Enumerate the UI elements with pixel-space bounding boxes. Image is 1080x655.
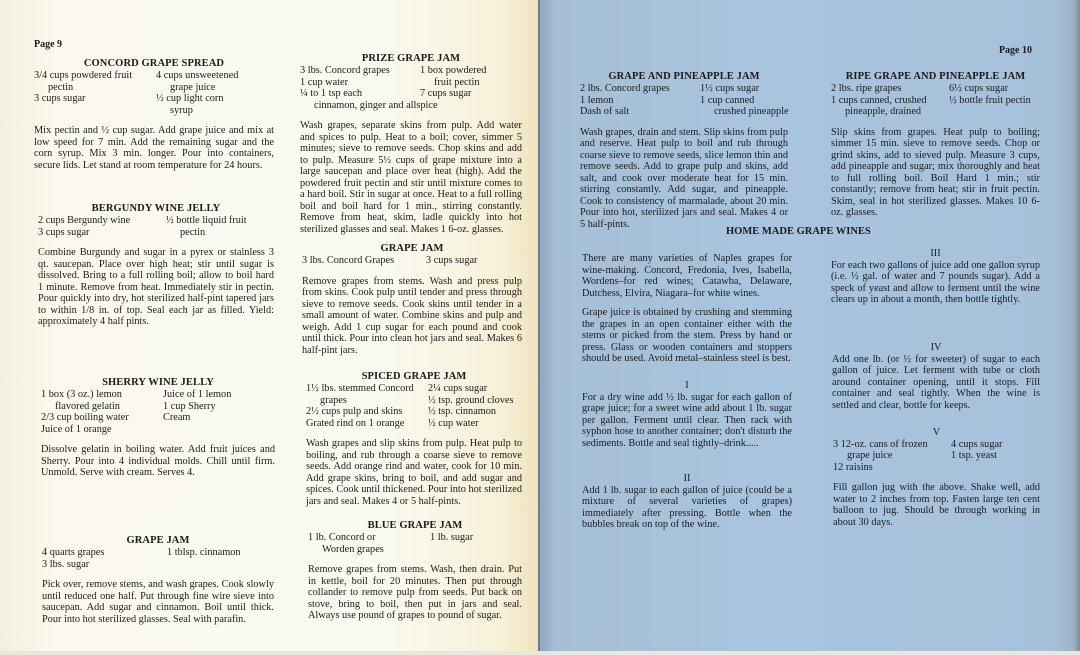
ingredient: grape juice [833, 450, 951, 462]
ingredient: flavored gelatin [41, 401, 163, 413]
wine-method-1: I For a dry wine add ½ lb. sugar for eac… [582, 380, 792, 449]
method-text: Fill gallon jug with the above. Shake we… [833, 482, 1040, 528]
recipe-title: CONCORD GRAPE SPREAD [34, 58, 274, 70]
ingredient: 4 cups unsweetened [156, 70, 238, 82]
ingredient: Dash of salt [580, 106, 700, 118]
recipe-grape-jam-2: GRAPE JAM 3 lbs. Concord Grapes 3 cups s… [302, 243, 522, 356]
ingredient: 3 lbs. Concord grapes [300, 65, 420, 77]
ingredient: 2 lbs. ripe grapes [831, 83, 949, 95]
method-text: Add 1 lb. sugar to each gallon of juice … [582, 485, 792, 531]
recipe-title: PRIZE GRAPE JAM [300, 53, 522, 65]
left-page: Page 9 CONCORD GRAPE SPREAD 3/4 cups pow… [0, 0, 538, 651]
ingredient: 1 lb. sugar [430, 532, 473, 544]
recipe-title: GRAPE AND PINEAPPLE JAM [580, 71, 788, 83]
ingredient: fruit pectin [420, 77, 486, 89]
ingredients: 2 cups Bergundy wine 3 cups sugar ½ bott… [38, 215, 274, 238]
ingredient: 2/3 cup boiling water [41, 412, 163, 424]
ingredient: 3 12-oz. cans of frozen [833, 439, 951, 451]
ingredients: 3/4 cups powdered fruit pectin 3 cups su… [34, 70, 274, 116]
recipe-directions: Pick over, remove stems, and wash grapes… [42, 579, 274, 625]
ingredients: 1 lb. Concord or Worden grapes 1 lb. sug… [308, 532, 522, 555]
ingredients: 1½ lbs. stemmed Concord grapes 2½ cups p… [306, 383, 522, 429]
ingredient: 2¼ cups sugar [428, 383, 514, 395]
ingredient: pectin [166, 227, 247, 239]
ingredient: crushed pineapple [700, 106, 789, 118]
method-numeral: II [582, 473, 792, 485]
ingredient: syrup [156, 105, 238, 117]
method-numeral: V [833, 427, 1040, 439]
ingredient: ¼ to 1 tsp each [300, 88, 420, 100]
ingredient: 1 tsp. yeast [951, 450, 1002, 462]
ingredient: Worden grapes [308, 544, 430, 556]
wine-intro-varieties: There are many varieties of Naples grape… [582, 253, 792, 299]
recipe-directions: Dissolve gelatin in boiling water. Add f… [41, 444, 275, 479]
recipe-directions: Mix pectin and ½ cup sugar. Add grape ju… [34, 125, 274, 171]
recipe-directions: Slip skins from grapes. Heat pulp to boi… [831, 127, 1040, 219]
recipe-title: BERGUNDY WINE JELLY [38, 203, 274, 215]
ingredient: Juice of 1 orange [41, 424, 163, 436]
ingredient: cinnamon, ginger and allspice [300, 100, 420, 112]
ingredient: 3 cups sugar [38, 227, 166, 239]
ingredients: 3 lbs. Concord grapes 1 cup water ¼ to 1… [300, 65, 522, 111]
ingredients: 2 lbs. ripe grapes 1 cups canned, crushe… [831, 83, 1040, 118]
ingredient: Cream [163, 412, 231, 424]
method-text: For each two gallons of juice add one ga… [831, 260, 1040, 306]
ingredient: 1 lemon [580, 95, 700, 107]
wine-method-2: II Add 1 lb. sugar to each gallon of jui… [582, 473, 792, 531]
ingredient: grapes [306, 395, 428, 407]
ingredient: ½ cup water [428, 418, 514, 430]
ingredient: 7 cups sugar [420, 88, 486, 100]
ingredient: 4 quarts grapes [42, 547, 167, 559]
wine-method-3: III For each two gallons of juice add on… [831, 248, 1040, 306]
right-page: Page 10 GRAPE AND PINEAPPLE JAM 2 lbs. C… [538, 0, 1080, 651]
ingredient: ½ tsp. ground cloves [428, 395, 514, 407]
ingredient: pineapple, drained [831, 106, 949, 118]
ingredient: 6½ cups sugar [949, 83, 1031, 95]
recipe-directions: Wash grapes, separate skins from pulp. A… [300, 120, 522, 235]
method-numeral: I [582, 380, 792, 392]
ingredient: 1 cups canned, crushed [831, 95, 949, 107]
ingredient: ½ bottle liquid fruit [166, 215, 247, 227]
recipe-title: GRAPE JAM [302, 243, 522, 255]
ingredient: 1 cup Sherry [163, 401, 231, 413]
ingredients: 1 box (3 oz.) lemon flavored gelatin 2/3… [41, 389, 275, 435]
ingredient: pectin [34, 82, 156, 94]
ingredient: 2 lbs. Concord grapes [580, 83, 700, 95]
wine-method-4: IV Add one lb. (or ½ for sweeter) of sug… [832, 342, 1040, 411]
ingredient: 3 lbs. sugar [42, 559, 167, 571]
recipe-directions: Combine Burgundy and sugar in a pyrex or… [38, 247, 274, 328]
page-number: Page 9 [34, 39, 62, 50]
ingredients: 3 12-oz. cans of frozen grape juice 12 r… [833, 439, 1040, 474]
recipe-directions: Remove grapes from stems. Wash and press… [302, 276, 522, 357]
recipe-title: SHERRY WINE JELLY [41, 377, 275, 389]
ingredient: 3 lbs. Concord Grapes [302, 255, 426, 267]
method-numeral: III [831, 248, 1040, 260]
recipe-blue-grape-jam: BLUE GRAPE JAM 1 lb. Concord or Worden g… [308, 520, 522, 622]
recipe-grape-jam: GRAPE JAM 4 quarts grapes 3 lbs. sugar 1… [42, 535, 274, 625]
ingredients: 2 lbs. Concord grapes 1 lemon Dash of sa… [580, 83, 788, 118]
wine-intro-juice: Grape juice is obtained by crushing and … [582, 307, 792, 365]
recipe-spiced-grape-jam: SPICED GRAPE JAM 1½ lbs. stemmed Concord… [306, 371, 522, 507]
recipe-title: SPICED GRAPE JAM [306, 371, 522, 383]
ingredient: 2½ cups pulp and skins [306, 406, 428, 418]
ingredient: 1 cup water [300, 77, 420, 89]
recipe-title: GRAPE JAM [42, 535, 274, 547]
ingredient: 4 cups sugar [951, 439, 1002, 451]
ingredients: 4 quarts grapes 3 lbs. sugar 1 tblsp. ci… [42, 547, 274, 570]
ingredient: 1 lb. Concord or [308, 532, 430, 544]
section-title-wines: HOME MADE GRAPE WINES [726, 226, 871, 237]
ingredient: ½ tsp. cinnamon [428, 406, 514, 418]
ingredient: 12 raisins [833, 462, 951, 474]
ingredient: 1 tblsp. cinnamon [167, 547, 241, 559]
recipe-concord-grape-spread: CONCORD GRAPE SPREAD 3/4 cups powdered f… [34, 58, 274, 171]
ingredient: ½ bottle fruit pectin [949, 95, 1031, 107]
ingredient: 3 cups sugar [34, 93, 156, 105]
recipe-directions: Remove grapes from stems. Wash, then dra… [308, 564, 522, 622]
method-text: Add one lb. (or ½ for sweeter) of sugar … [832, 354, 1040, 412]
recipe-directions: Wash grapes, drain and stem. Slip skins … [580, 127, 788, 231]
method-text: For a dry wine add ½ lb. sugar for each … [582, 392, 792, 450]
ingredient: ½ cup light corn [156, 93, 238, 105]
wine-method-5: V 3 12-oz. cans of frozen grape juice 12… [833, 427, 1040, 528]
ingredient: 1 box (3 oz.) lemon [41, 389, 163, 401]
ingredient: 1 cup canned [700, 95, 789, 107]
ingredient: 1 box powdered [420, 65, 486, 77]
ingredient: Grated rind on 1 orange [306, 418, 428, 430]
ingredient: 2 cups Bergundy wine [38, 215, 166, 227]
method-numeral: IV [832, 342, 1040, 354]
ingredient: grape juice [156, 82, 238, 94]
ingredient: 3 cups sugar [426, 255, 477, 267]
recipe-ripe-grape-and-pineapple-jam: RIPE GRAPE AND PINEAPPLE JAM 2 lbs. ripe… [831, 71, 1040, 219]
recipe-grape-and-pineapple-jam: GRAPE AND PINEAPPLE JAM 2 lbs. Concord g… [580, 71, 788, 230]
recipe-prize-grape-jam: PRIZE GRAPE JAM 3 lbs. Concord grapes 1 … [300, 53, 522, 235]
ingredient: 1½ cups sugar [700, 83, 789, 95]
recipe-title: BLUE GRAPE JAM [308, 520, 522, 532]
page-number: Page 10 [999, 45, 1032, 56]
ingredient: 1½ lbs. stemmed Concord [306, 383, 428, 395]
recipe-title: RIPE GRAPE AND PINEAPPLE JAM [831, 71, 1040, 83]
ingredient: 3/4 cups powdered fruit [34, 70, 156, 82]
recipe-bergundy-wine-jelly: BERGUNDY WINE JELLY 2 cups Bergundy wine… [38, 203, 274, 328]
ingredients: 3 lbs. Concord Grapes 3 cups sugar [302, 255, 522, 267]
recipe-directions: Wash grapes and slip skins from pulp. He… [306, 438, 522, 507]
recipe-sherry-wine-jelly: SHERRY WINE JELLY 1 box (3 oz.) lemon fl… [41, 377, 275, 479]
ingredient: Juice of 1 lemon [163, 389, 231, 401]
